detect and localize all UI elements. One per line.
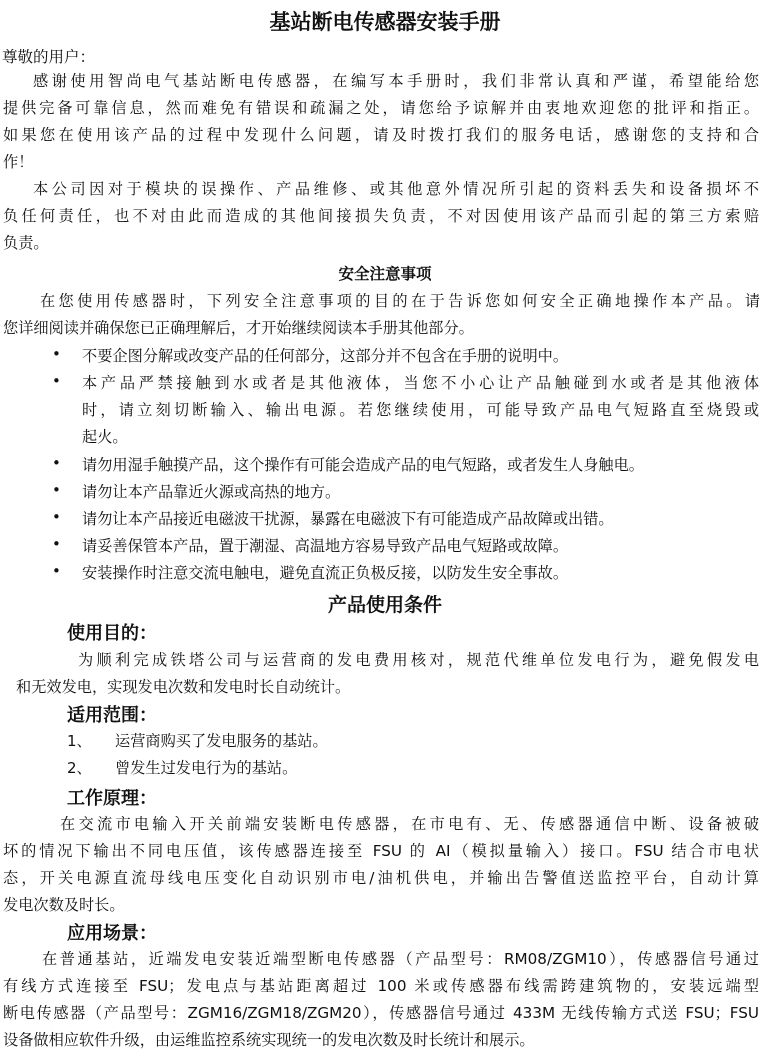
safety-bullet-item-cont: 时，请立刻切断输入、输出电源。若您继续使用，可能导致产品电气短路直至烧毁或 — [82, 399, 759, 421]
scope-heading: 适用范围： — [67, 701, 157, 727]
principle-line: 坏的情况下输出不同电压值，该传感器连接至 FSU 的 AI（模拟量输入）接口。F… — [3, 840, 759, 862]
purpose-line: 为顺利完成铁塔公司与运营商的发电费用核对，规范代维单位发电行为，避免假发电 — [78, 649, 759, 671]
purpose-line: 和无效发电，实现发电次数和发电时长自动统计。 — [16, 676, 350, 698]
bullet-icon: • — [52, 535, 61, 553]
safety-bullet-item: 安装操作时注意交流电触电，避免直流正负极反接，以防发生安全事故。 — [82, 562, 568, 584]
scenario-line: 有线方式连接至 FSU；发电点与基站距离超过 100 米或传感器布线需跨建筑物的… — [3, 975, 759, 997]
bullet-icon: • — [52, 454, 61, 472]
principle-line: 在交流市电输入开关前端安装断电传感器，在市电有、无、传感器通信中断、设备被破 — [60, 813, 759, 835]
scenario-line: 在普通基站，近端发电安装近端型断电传感器（产品型号：RM08/ZGM10），传感… — [42, 948, 759, 970]
bullet-icon: • — [52, 481, 61, 499]
safety-bullet-item: 请妥善保管本产品，置于潮湿、高温地方容易导致产品电气短路或故障。 — [82, 535, 568, 557]
scenario-line: 断电传感器（产品型号：ZGM16/ZGM18/ZGM20），传感器信号通过 43… — [3, 1002, 759, 1024]
bullet-icon: • — [52, 372, 61, 390]
safety-bullet-item: 不要企图分解或改变产品的任何部分，这部分并不包含在手册的说明中。 — [82, 345, 568, 367]
scope-item: 运营商购买了发电服务的基站。 — [115, 730, 328, 752]
principle-line: 态，开关电源直流母线电压变化自动识别市电/油机供电，并输出告警值送监控平台，自动… — [3, 867, 759, 889]
document-title: 基站断电传感器安装手册 — [0, 6, 770, 36]
scope-item: 曾发生过发电行为的基站。 — [115, 757, 297, 779]
scope-item-number: 2、 — [67, 757, 92, 778]
scenario-heading: 应用场景： — [67, 919, 157, 945]
purpose-heading: 使用目的： — [67, 619, 157, 645]
intro-p1-line: 感谢使用智尚电气基站断电传感器，在编写本手册时，我们非常认真和严谨，希望能给您 — [33, 70, 759, 92]
safety-bullet-item: 本产品严禁接触到水或者是其他液体，当您不小心让产品触碰到水或者是其他液体 — [82, 372, 759, 394]
safety-heading: 安全注意事项 — [0, 262, 770, 284]
scenario-line: 设备做相应软件升级，由运维监控系统实现统一的发电次数及时长统计和展示。 — [3, 1029, 535, 1050]
intro-p1-line: 作！ — [3, 151, 33, 173]
bullet-icon: • — [52, 508, 61, 526]
safety-intro-line: 您详细阅读并确保您已正确理解后，才开始继续阅读本手册其他部分。 — [3, 317, 474, 339]
principle-line: 发电次数及时长。 — [3, 894, 125, 916]
safety-bullet-item: 请勿让本产品接近电磁波干扰源，暴露在电磁波下有可能造成产品故障或出错。 — [82, 508, 614, 530]
safety-bullet-item: 请勿用湿手触摸产品，这个操作有可能会造成产品的电气短路，或者发生人身触电。 — [82, 454, 644, 476]
intro-p2-line: 负责。 — [3, 232, 49, 254]
safety-bullet-item: 请勿让本产品靠近火源或高热的地方。 — [82, 481, 340, 503]
safety-bullet-item-cont: 起火。 — [82, 426, 128, 448]
intro-p2-line: 本公司因对于模块的误操作、产品维修、或其他意外情况所引起的资料丢失和设备损坏不 — [33, 178, 759, 200]
intro-p1-line: 提供完备可靠信息，然而难免有错误和疏漏之处，请您给予谅解并由衷地欢迎您的批评和指… — [3, 97, 759, 119]
bullet-icon: • — [52, 562, 61, 580]
safety-intro-line: 在您使用传感器时，下列安全注意事项的目的在于告诉您如何安全正确地操作本产品。请 — [40, 290, 760, 312]
principle-heading: 工作原理： — [67, 784, 157, 810]
conditions-heading: 产品使用条件 — [0, 590, 770, 617]
scope-item-number: 1、 — [67, 730, 92, 751]
greeting: 尊敬的用户： — [2, 46, 95, 68]
intro-p2-line: 负任何责任，也不对由此而造成的其他间接损失负责，不对因使用该产品而引起的第三方索… — [3, 205, 759, 227]
intro-p1-line: 如果您在使用该产品的过程中发现什么问题，请及时拨打我们的服务电话，感谢您的支持和… — [3, 124, 759, 146]
bullet-icon: • — [52, 345, 61, 363]
